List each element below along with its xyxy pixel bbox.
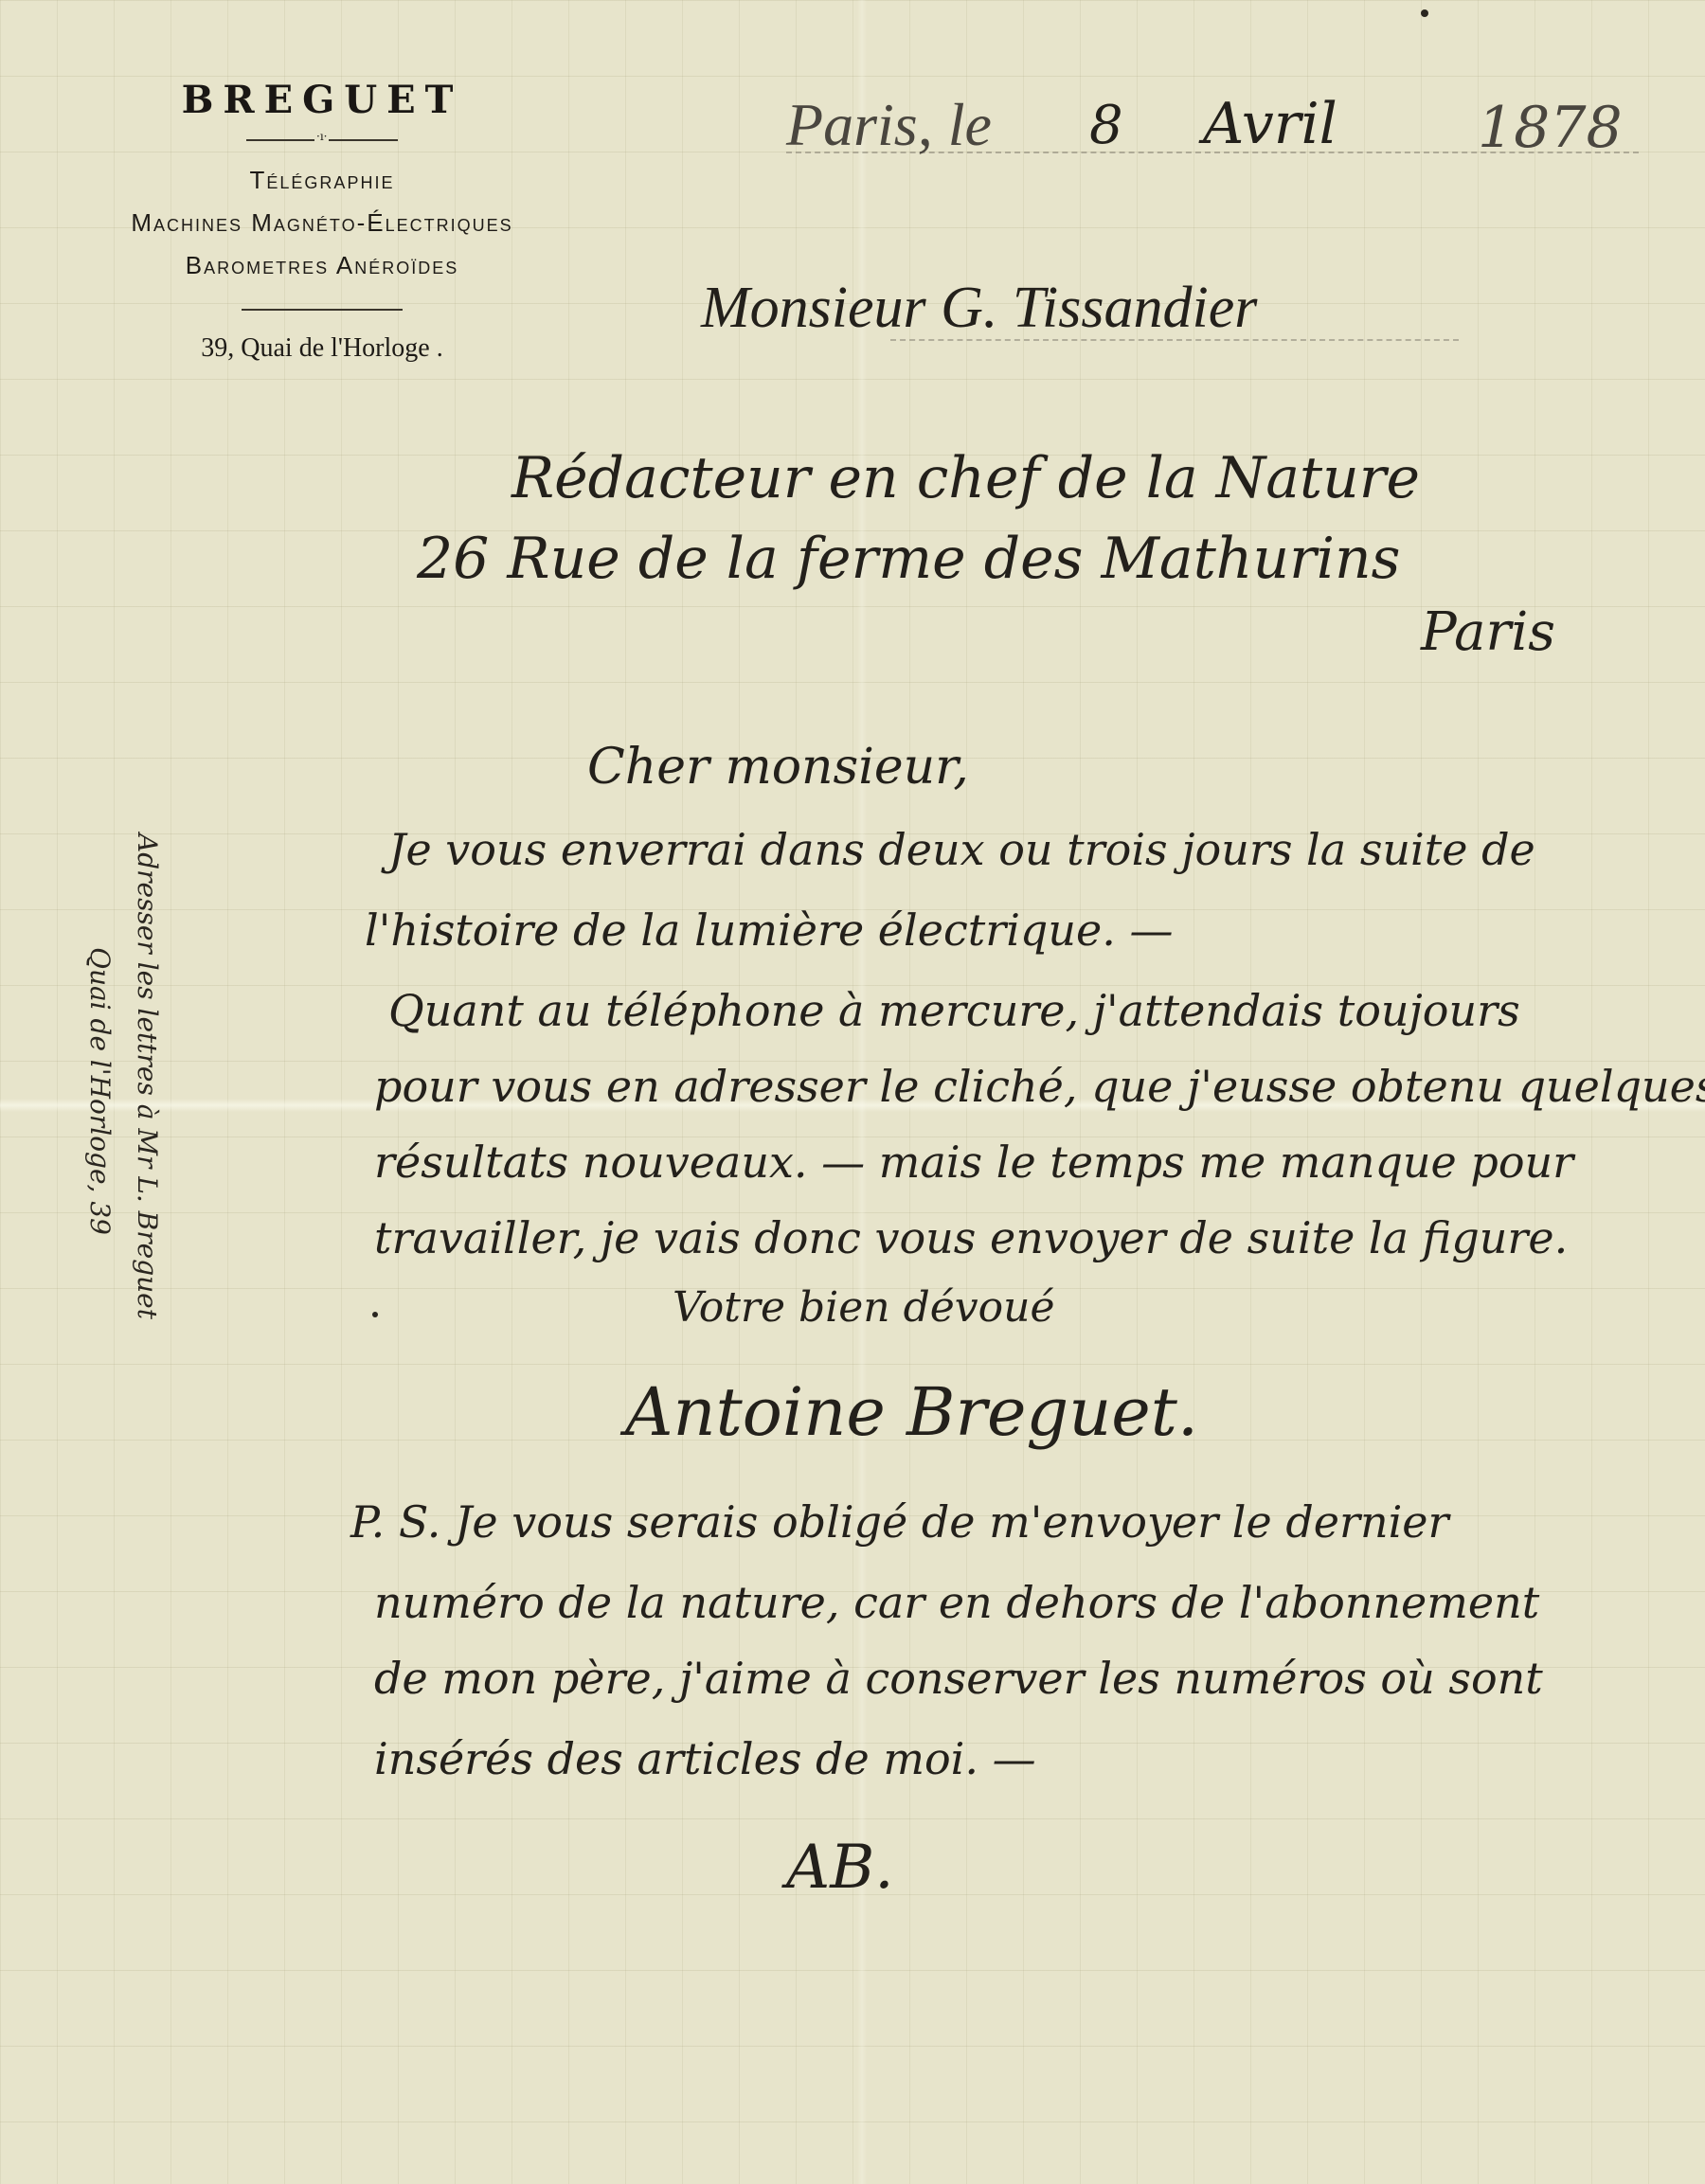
body-line: travailler, je vais donc vous envoyer de…: [374, 1212, 1568, 1263]
ornament-rule: [242, 309, 403, 311]
signature: Antoine Breguet.: [625, 1373, 1198, 1451]
letterhead-line: Télégraphie: [76, 166, 568, 195]
ink-spot: [1421, 9, 1428, 17]
recipient-city: Paris: [1421, 601, 1555, 663]
recipient-street: 26 Rue de la ferme des Mathurins: [417, 526, 1400, 592]
letterhead: BREGUET Télégraphie Machines Magnéto-Éle…: [76, 66, 568, 364]
letterhead-line: Machines Magnéto-Électriques: [76, 208, 568, 238]
side-note-line: Adresser les lettres à Mr L. Breguet: [123, 833, 170, 1319]
body-line: résultats nouveaux. — mais le temps me m…: [374, 1137, 1573, 1188]
postscript-line: numéro de la nature, car en dehors de l'…: [374, 1577, 1539, 1628]
recipient-rule: [890, 339, 1459, 341]
side-note: Adresser les lettres à Mr L. Breguet Qua…: [76, 833, 170, 1319]
body-line: pour vous en adresser le cliché, que j'e…: [374, 1061, 1705, 1112]
postscript-line: insérés des articles de moi. —: [374, 1733, 1036, 1784]
letterhead-address: 39, Quai de l'Horloge .: [76, 333, 568, 364]
postscript-line: P. S. Je vous serais obligé de m'envoyer…: [350, 1496, 1449, 1548]
postscript-line: de mon père, j'aime à conserver les numé…: [374, 1653, 1543, 1704]
body-line: Je vous enverrai dans deux ou trois jour…: [388, 824, 1535, 875]
ink-dot: [372, 1312, 378, 1317]
body-line: l'histoire de la lumière électrique. —: [365, 904, 1173, 956]
body-line: Quant au téléphone à mercure, j'attendai…: [388, 985, 1520, 1036]
date-rule: [786, 152, 1639, 153]
closing: Votre bien dévoué: [673, 1283, 1055, 1332]
ornament-rule: [246, 139, 398, 141]
letterhead-line: Barometres Anéroïdes: [76, 251, 568, 280]
initials-signature: AB.: [786, 1833, 894, 1903]
side-note-line: Quai de l'Horloge, 39: [76, 833, 123, 1319]
recipient-title: Rédacteur en chef de la Nature: [511, 445, 1420, 511]
salutation: Cher monsieur,: [587, 739, 969, 796]
date-month: Avril: [1203, 91, 1337, 157]
letterhead-brand: BREGUET: [76, 78, 568, 122]
date-city: Paris, le: [786, 90, 992, 160]
recipient-name: Monsieur G. Tissandier: [701, 275, 1257, 342]
date-day: 8: [1089, 95, 1123, 156]
